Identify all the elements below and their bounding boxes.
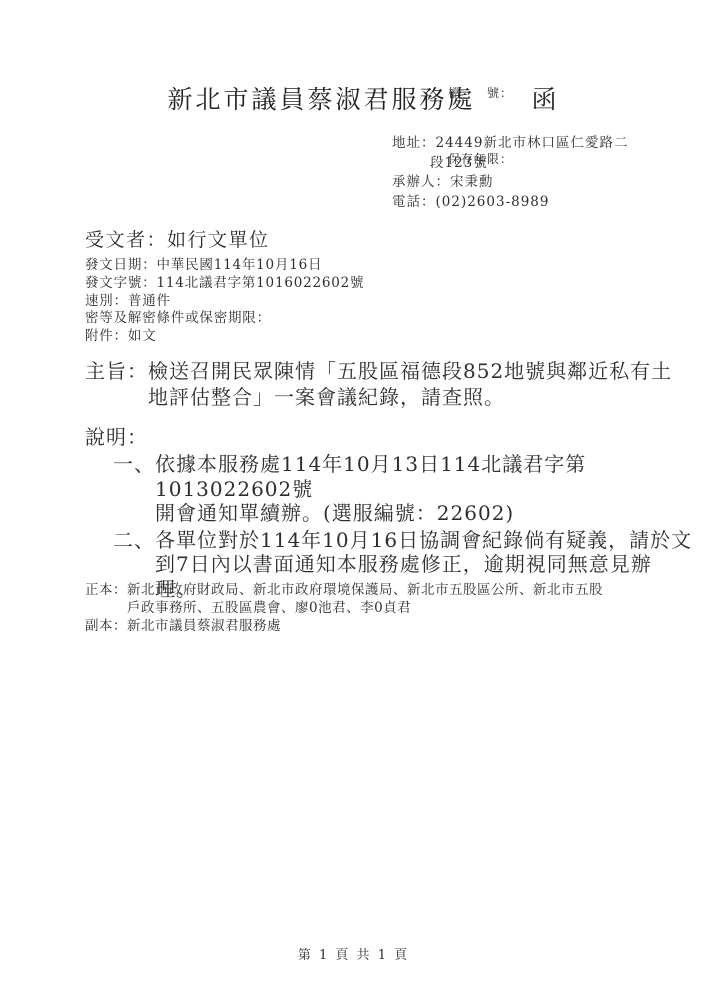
official-document-page: 檔 號： 保存年限： 新北市議員蔡淑君服務處 函 地址：24449新北市林口區仁… — [0, 0, 707, 1000]
document-title: 新北市議員蔡淑君服務處 函 — [20, 80, 707, 116]
speed-level: 速別：普通件 — [85, 293, 364, 311]
doc-number: 發文字號：114北議君字第1016022602號 — [85, 275, 364, 293]
recipient-line: 受文者：如行文單位 — [85, 225, 270, 252]
page-footer: 第 1 頁 共 1 頁 — [0, 944, 707, 963]
subject-label: 主旨： — [85, 358, 148, 410]
contact-phone: 電話：(02)2603-8989 — [392, 193, 628, 213]
sender-address-line2: 段123號 — [430, 154, 628, 174]
item2-line2: 到7日內以書面通知本服務處修正，逾期視同無意見辦 — [155, 552, 692, 577]
sender-info-block: 地址：24449新北市林口區仁愛路二 段123號 承辦人：宋秉勳 電話：(02)… — [392, 134, 628, 212]
subject-block: 主旨： 檢送召開民眾陳情「五股區福德段852地號與鄰近私有土 地評估整合」一案會… — [85, 358, 672, 410]
item1-line2: 開會通知單續辦。(選服編號：22602) — [155, 501, 707, 526]
original-recipients-row: 正本： 新北市政府財政局、新北市政府環境保護局、新北市五股區公所、新北市五股 戶… — [85, 581, 603, 617]
explanation-item-1: 一、 依據本服務處114年10月13日114北議君字第1013022602號 開… — [113, 452, 707, 526]
explanation-heading: 說明： — [85, 424, 707, 450]
subject-line2: 地評估整合」一案會議紀錄，請查照。 — [148, 384, 672, 410]
security-classification: 密等及解密條件或保密期限： — [85, 310, 364, 328]
copy-label: 副本： — [85, 617, 127, 635]
original-line1: 新北市政府財政局、新北市政府環境保護局、新北市五股區公所、新北市五股 — [127, 581, 603, 599]
cc-recipients: 新北市議員蔡淑君服務處 — [127, 617, 281, 635]
original-label: 正本： — [85, 581, 127, 617]
item2-line1: 各單位對於114年10月16日協調會紀錄倘有疑義，請於文 — [155, 528, 692, 553]
subject-text: 檢送召開民眾陳情「五股區福德段852地號與鄰近私有土 地評估整合」一案會議紀錄，… — [148, 358, 672, 410]
document-meta-block: 發文日期：中華民國114年10月16日 發文字號：114北議君字第1016022… — [85, 257, 364, 346]
item-text: 依據本服務處114年10月13日114北議君字第1013022602號 開會通知… — [155, 452, 707, 526]
explanation-block: 說明： 一、 依據本服務處114年10月13日114北議君字第101302260… — [85, 424, 707, 601]
cc-recipients-row: 副本： 新北市議員蔡淑君服務處 — [85, 617, 603, 635]
issue-date: 發文日期：中華民國114年10月16日 — [85, 257, 364, 275]
sender-address-line1: 地址：24449新北市林口區仁愛路二 — [392, 134, 628, 154]
item1-line1: 依據本服務處114年10月13日114北議君字第1013022602號 — [155, 452, 707, 501]
distribution-block: 正本： 新北市政府財政局、新北市政府環境保護局、新北市五股區公所、新北市五股 戶… — [85, 581, 603, 636]
contact-person: 承辦人：宋秉勳 — [392, 173, 628, 193]
copy-line1: 新北市議員蔡淑君服務處 — [127, 617, 281, 635]
attachment-note: 附件：如文 — [85, 328, 364, 346]
original-recipients: 新北市政府財政局、新北市政府環境保護局、新北市五股區公所、新北市五股 戶政事務所… — [127, 581, 603, 617]
item-number: 一、 — [113, 452, 155, 526]
original-line2: 戶政事務所、五股區農會、廖0池君、李0貞君 — [127, 599, 603, 617]
subject-line1: 檢送召開民眾陳情「五股區福德段852地號與鄰近私有土 — [148, 358, 672, 384]
